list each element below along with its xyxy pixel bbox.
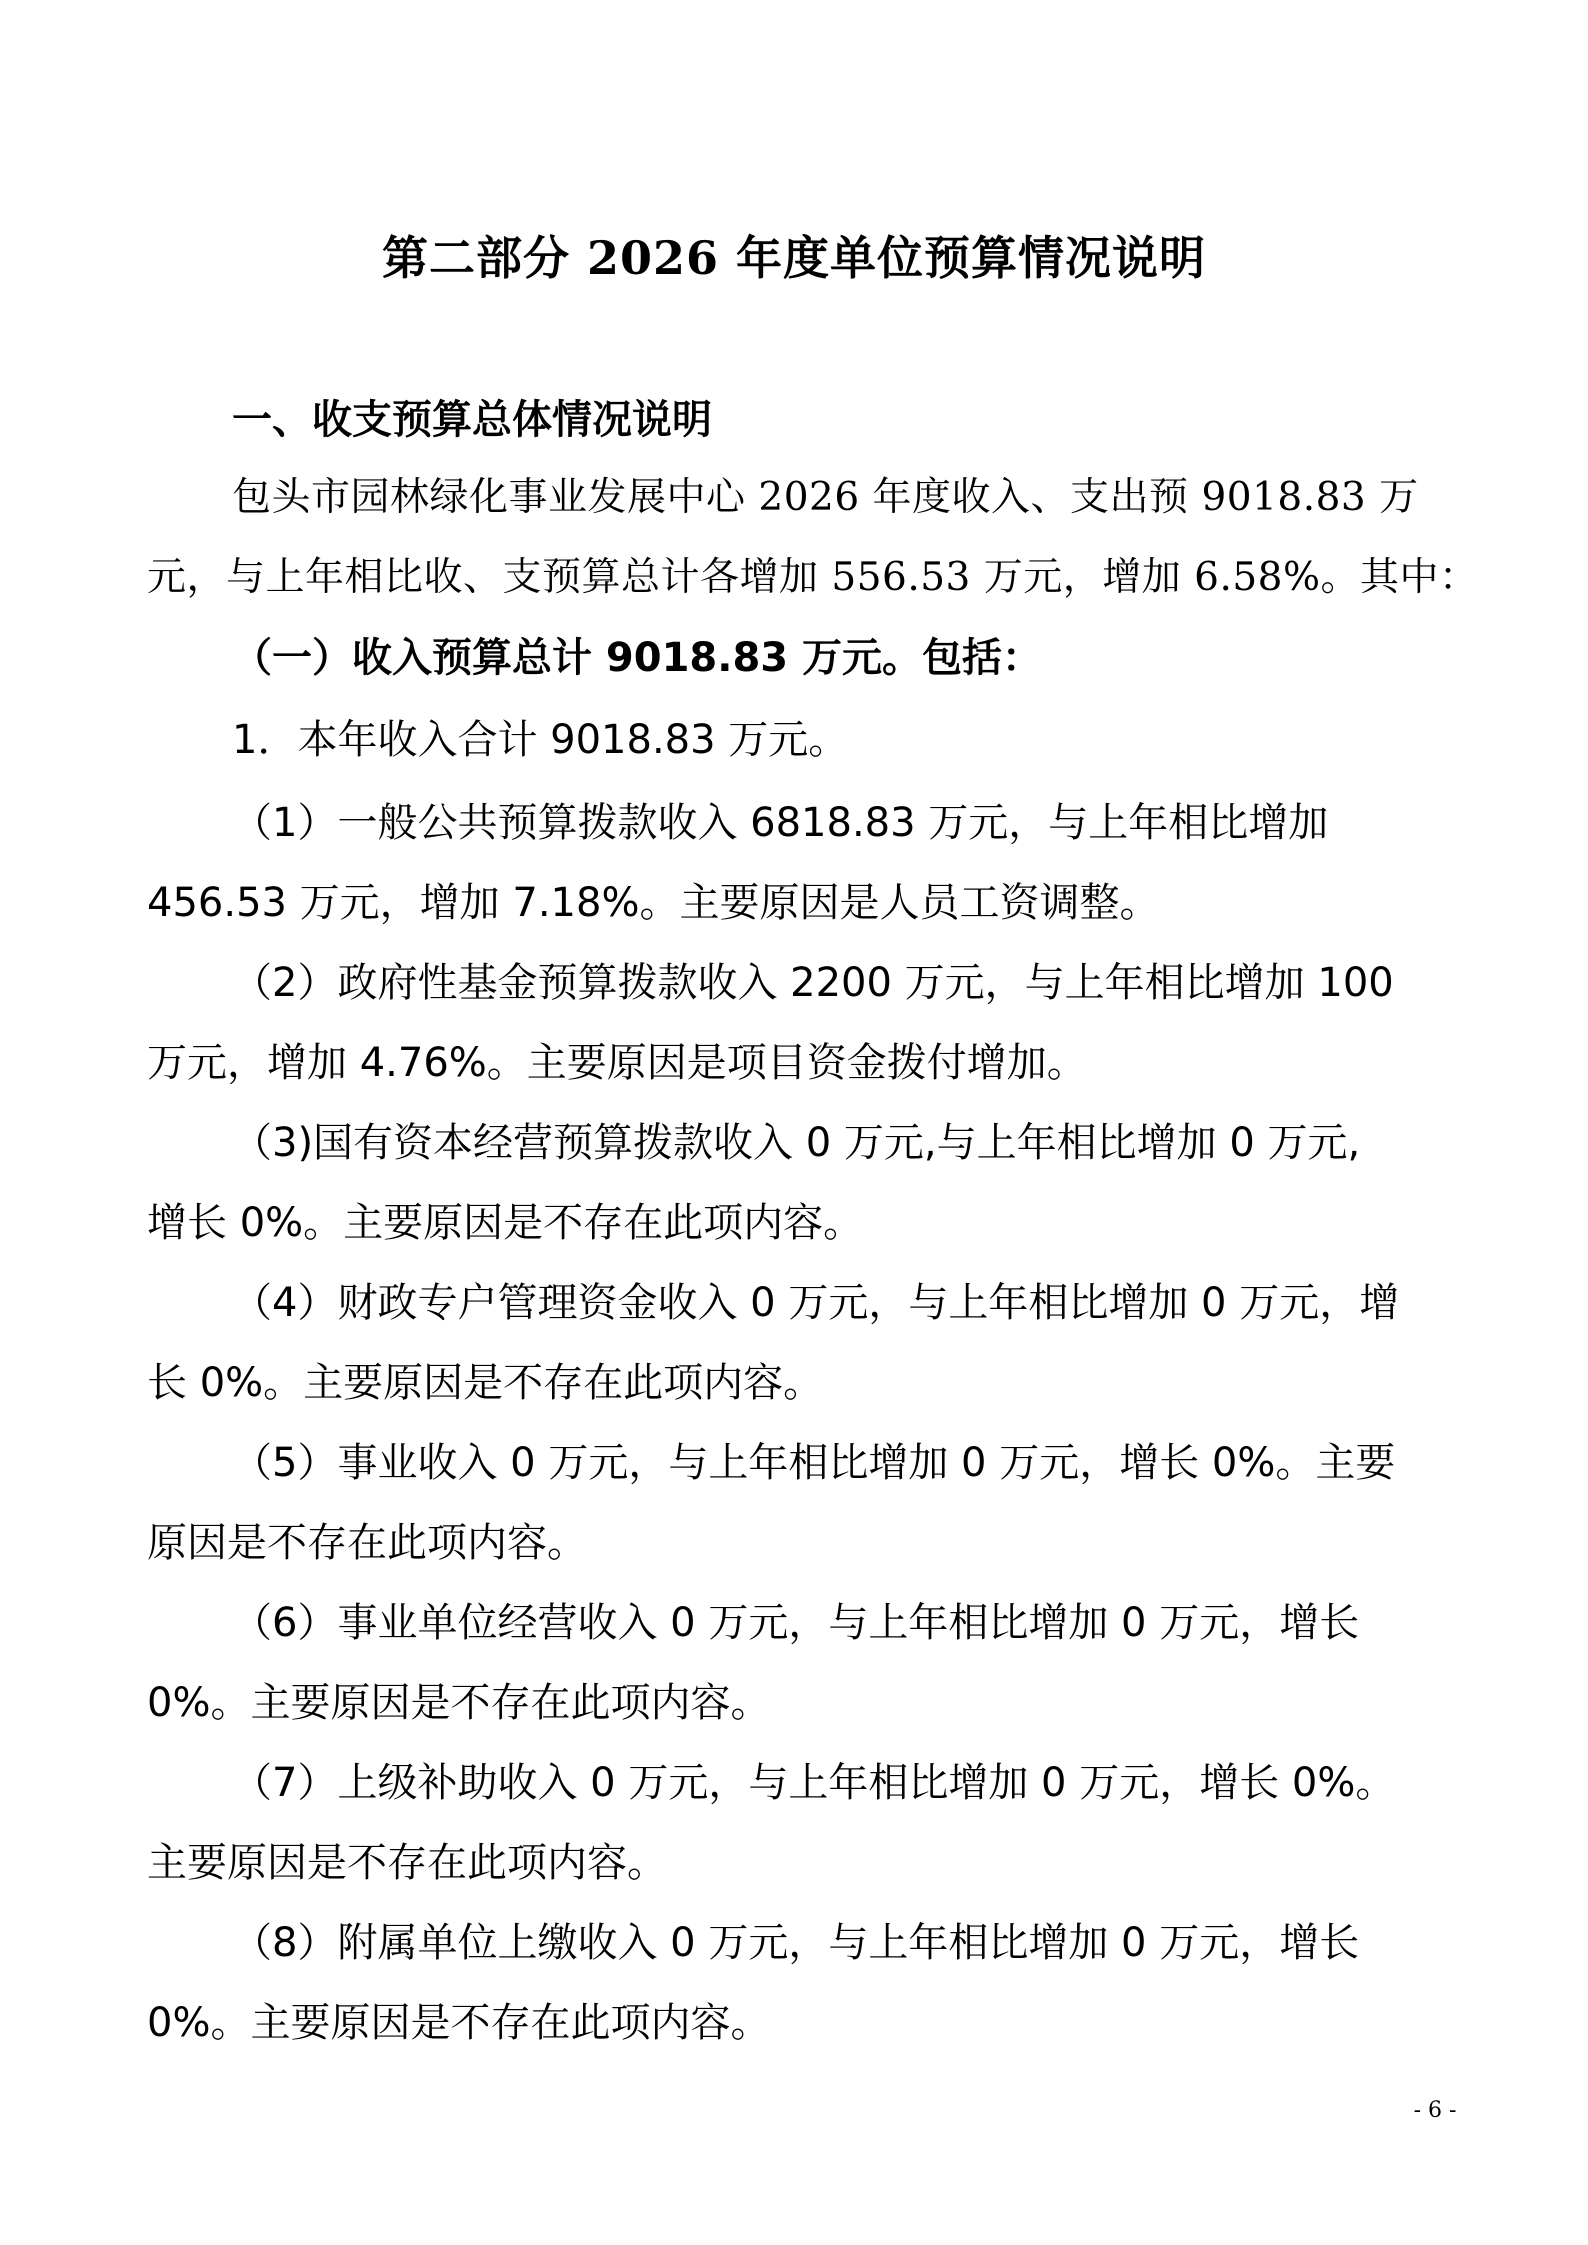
income-item-6-line-2: 0%。主要原因是不存在此项内容。 — [147, 1675, 1447, 1731]
income-subheading: （一）收入预算总计 9018.83 万元。包括： — [232, 630, 1532, 686]
income-item-1-line-1: （1）一般公共预算拨款收入 6818.83 万元，与上年相比增加 — [232, 795, 1532, 851]
income-item-3-line-1: （3)国有资本经营预算拨款收入 0 万元,与上年相比增加 0 万元, — [232, 1115, 1532, 1171]
income-item-2-line-2: 万元，增加 4.76%。主要原因是项目资金拨付增加。 — [147, 1035, 1447, 1091]
page-title: 第二部分 2026 年度单位预算情况说明 — [0, 228, 1588, 288]
income-item-7-line-1: （7）上级补助收入 0 万元，与上年相比增加 0 万元，增长 0%。 — [232, 1755, 1532, 1811]
income-item-6-line-1: （6）事业单位经营收入 0 万元，与上年相比增加 0 万元，增长 — [232, 1595, 1532, 1651]
page-number: - 6 - — [1400, 2098, 1470, 2123]
income-total-item: 1．本年收入合计 9018.83 万元。 — [232, 712, 1532, 768]
income-item-5-line-2: 原因是不存在此项内容。 — [147, 1515, 1447, 1571]
income-item-5-line-1: （5）事业收入 0 万元，与上年相比增加 0 万元，增长 0%。主要 — [232, 1435, 1532, 1491]
income-item-1-line-2: 456.53 万元，增加 7.18%。主要原因是人员工资调整。 — [147, 875, 1447, 931]
intro-line-1: 包头市园林绿化事业发展中心 2026 年度收入、支出预 9018.83 万 — [232, 470, 1532, 526]
section-heading: 一、收支预算总体情况说明 — [232, 392, 1532, 448]
intro-line-2: 元，与上年相比收、支预算总计各增加 556.53 万元，增加 6.58%。其中： — [147, 550, 1447, 606]
income-item-8-line-1: （8）附属单位上缴收入 0 万元，与上年相比增加 0 万元，增长 — [232, 1915, 1532, 1971]
income-item-8-line-2: 0%。主要原因是不存在此项内容。 — [147, 1995, 1447, 2051]
income-item-4-line-2: 长 0%。主要原因是不存在此项内容。 — [147, 1355, 1447, 1411]
income-item-3-line-2: 增长 0%。主要原因是不存在此项内容。 — [147, 1195, 1447, 1251]
income-item-2-line-1: （2）政府性基金预算拨款收入 2200 万元，与上年相比增加 100 — [232, 955, 1532, 1011]
document-page: 第二部分 2026 年度单位预算情况说明 一、收支预算总体情况说明 包头市园林绿… — [0, 0, 1588, 2245]
income-item-7-line-2: 主要原因是不存在此项内容。 — [147, 1835, 1447, 1891]
income-item-4-line-1: （4）财政专户管理资金收入 0 万元，与上年相比增加 0 万元，增 — [232, 1275, 1532, 1331]
